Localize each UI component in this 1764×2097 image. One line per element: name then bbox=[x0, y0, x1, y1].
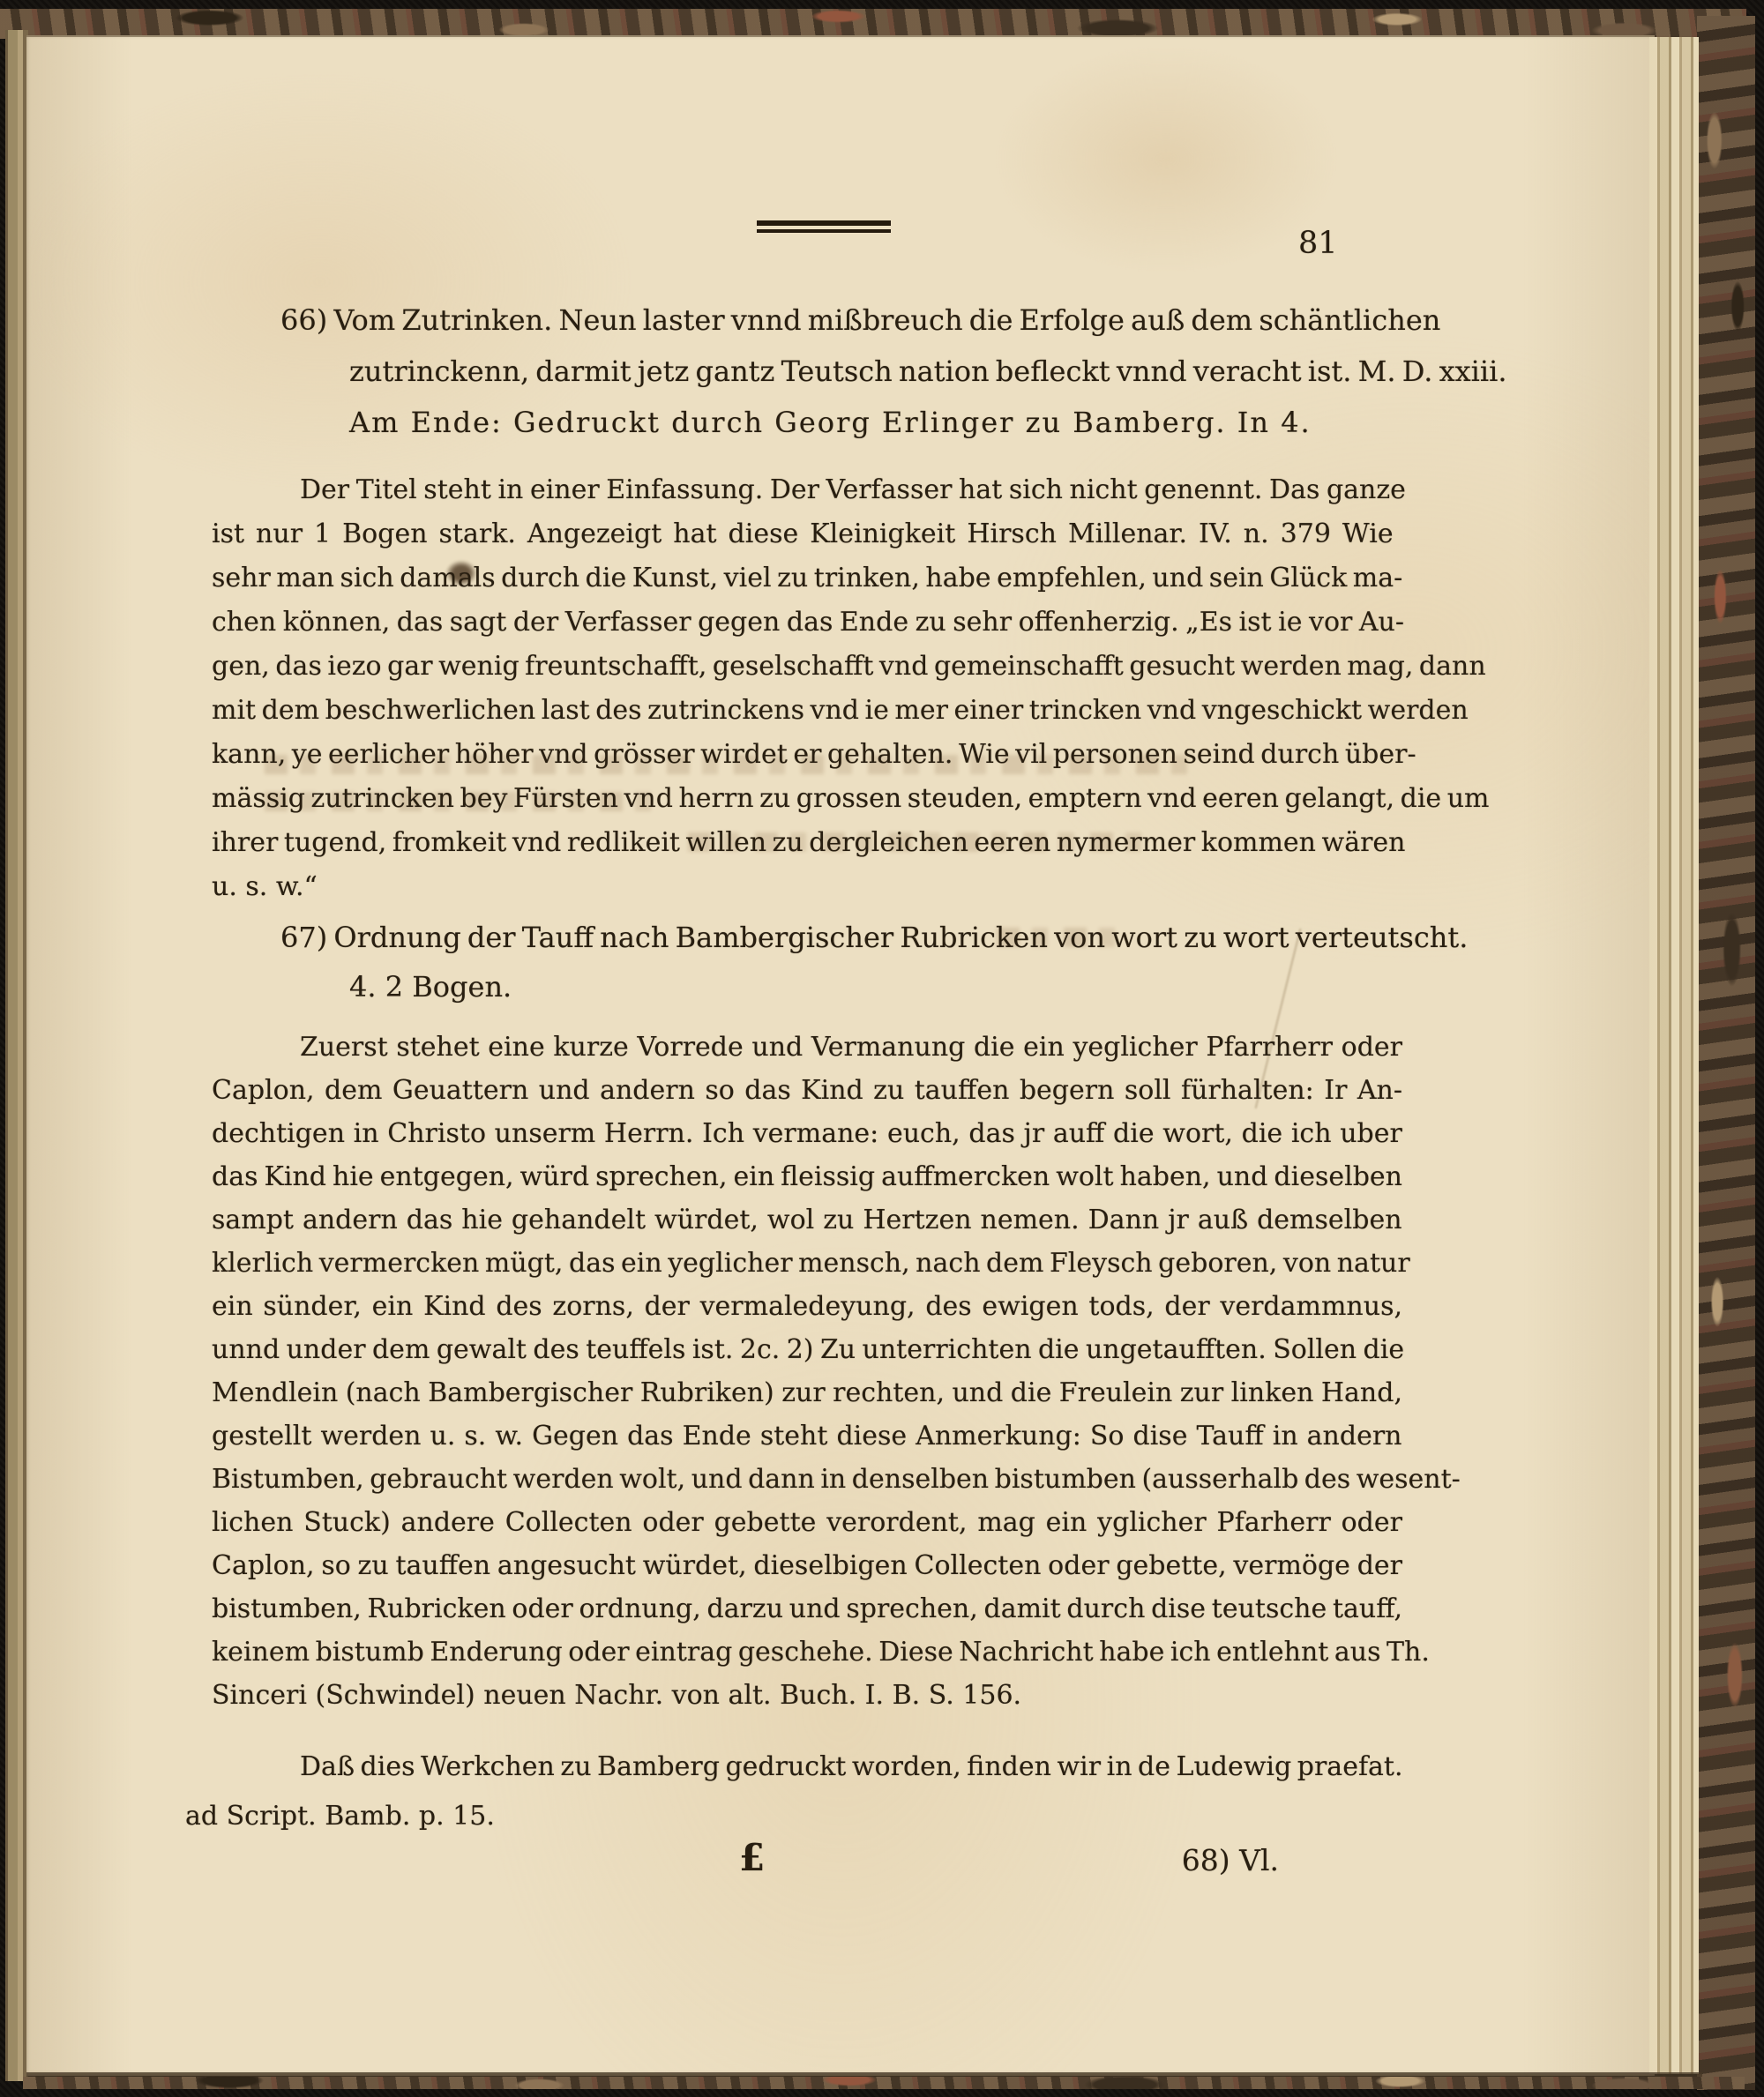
entry-67-paragraph-line: Caplon, dem Geuattern und andern so das … bbox=[212, 1075, 1402, 1106]
entry-67-paragraph-line: lichen Stuck) andere Collecten oder gebe… bbox=[212, 1507, 1402, 1538]
entry-66-heading-line: 66) Vom Zutrinken. Neun laster vnnd mißb… bbox=[280, 303, 1440, 337]
entry-66-paragraph-line: chen können, das sagt der Verfasser gege… bbox=[212, 607, 1404, 638]
catchword: 68) Vl. bbox=[1023, 1843, 1279, 1877]
entry-67-paragraph-line: unnd under dem gewalt des teuffels ist. … bbox=[212, 1334, 1404, 1365]
entry-66-paragraph-line: ihrer tugend, fromkeit vnd redlikeit wil… bbox=[212, 827, 1406, 858]
entry-67-paragraph-line: gestellt werden u. s. w. Gegen das Ende … bbox=[212, 1421, 1402, 1451]
entry-67-paragraph-line: bistumben, Rubricken oder ordnung, darzu… bbox=[212, 1593, 1402, 1624]
entry-67-paragraph-line: sampt andern das hie gehandelt würdet, w… bbox=[212, 1205, 1402, 1235]
closing-paragraph-line: ad Script. Bamb. p. 15. bbox=[185, 1801, 495, 1832]
entry-67-paragraph-line: keinem bistumb Enderung oder eintrag ges… bbox=[212, 1637, 1430, 1668]
scan-background: { "header": { "ornament": "double-rule",… bbox=[0, 0, 1764, 2097]
closing-paragraph-line: Daß dies Werkchen zu Bamberg gedruckt wo… bbox=[300, 1751, 1403, 1782]
entry-67-paragraph-line: Caplon, so zu tauffen angesucht würdet, … bbox=[212, 1550, 1402, 1581]
entry-66-paragraph-line: ist nur 1 Bogen stark. Angezeigt hat die… bbox=[212, 519, 1394, 549]
entry-66-heading-line: Am Ende: Gedruckt durch Georg Erlinger z… bbox=[349, 406, 1312, 439]
text-layer: 66) Vom Zutrinken. Neun laster vnnd mißb… bbox=[0, 0, 1764, 2097]
entry-66-paragraph-line: sehr man sich damals durch die Kunst, vi… bbox=[212, 563, 1402, 593]
entry-67-paragraph-line: klerlich vermercken mügt, das ein yeglic… bbox=[212, 1248, 1410, 1279]
entry-67-paragraph-line: Mendlein (nach Bambergischer Rubriken) z… bbox=[212, 1377, 1402, 1408]
entry-66-paragraph-line: gen, das iezo gar wenig freuntschafft, g… bbox=[212, 651, 1486, 682]
entry-66-paragraph-line: Der Titel steht in einer Einfassung. Der… bbox=[300, 474, 1406, 505]
entry-67-paragraph-line: Bistumben, gebraucht werden wolt, und da… bbox=[212, 1464, 1461, 1495]
entry-67-paragraph-line: ein sünder, ein Kind des zorns, der verm… bbox=[212, 1291, 1402, 1322]
entry-67-paragraph-line: dechtigen in Christo unserm Herrn. Ich v… bbox=[212, 1118, 1402, 1149]
entry-66-paragraph-line: mit dem beschwerlichen last des zutrinck… bbox=[212, 695, 1469, 726]
entry-67-paragraph-line: das Kind hie entgegen, würd sprechen, ei… bbox=[212, 1161, 1402, 1192]
entry-66-heading-line: zutrinckenn, darmit jetz gantz Teutsch n… bbox=[349, 354, 1507, 388]
entry-67-heading-line: 67) Ordnung der Tauff nach Bambergischer… bbox=[280, 921, 1468, 954]
entry-66-paragraph-line: u. s. w.“ bbox=[212, 871, 318, 902]
entry-67-paragraph-line: Sinceri (Schwindel) neuen Nachr. von alt… bbox=[212, 1680, 1021, 1711]
entry-66-paragraph-line: kann, ye eerlicher höher vnd grösser wir… bbox=[212, 739, 1416, 770]
entry-67-heading-line: 4. 2 Bogen. bbox=[349, 970, 512, 1004]
signature-mark: £ bbox=[739, 1836, 765, 1879]
entry-66-paragraph-line: mässig zutrincken bey Fürsten vnd herrn … bbox=[212, 783, 1489, 814]
entry-67-paragraph-line: Zuerst stehet eine kurze Vorrede und Ver… bbox=[300, 1032, 1402, 1063]
